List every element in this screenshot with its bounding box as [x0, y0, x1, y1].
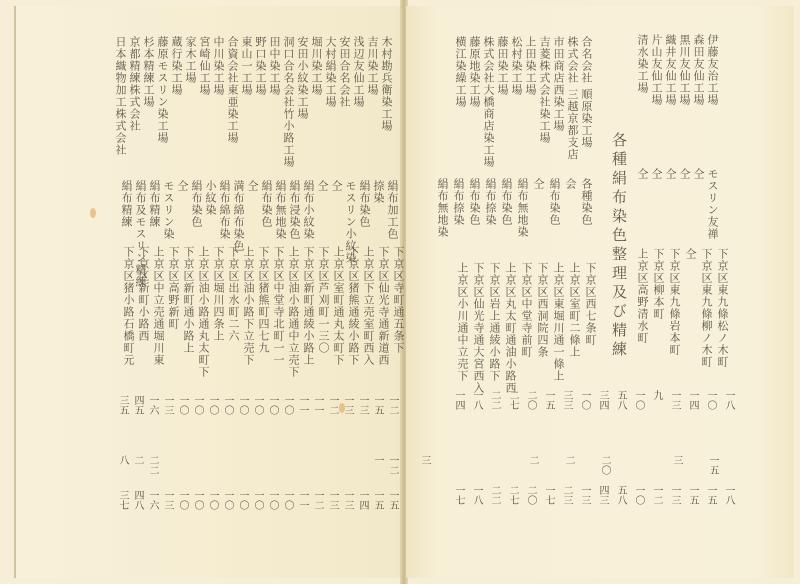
- count-row-3: 一三: [668, 485, 681, 505]
- count-row-3: 一〇: [266, 490, 279, 510]
- count-row-3: 二二: [488, 485, 501, 505]
- count-row-1: 二〇: [524, 390, 537, 410]
- count-row-3: 二七: [506, 485, 519, 505]
- factory-name: 森田友仙工場: [692, 34, 705, 106]
- business-type: 絹布浸染色: [288, 180, 301, 240]
- count-row-2: 二二: [146, 455, 159, 475]
- address: 仝: [684, 248, 697, 260]
- count-row-3: 一二: [311, 490, 324, 510]
- count-row-1: 一〇: [632, 390, 645, 410]
- address: 下京区岩上通綾小路下: [488, 262, 501, 382]
- count-row-3: 一四: [356, 490, 369, 510]
- count-row-3: 一〇: [221, 490, 234, 510]
- count-row-2: 一二: [386, 455, 399, 475]
- business-type: 絹布染色: [260, 180, 273, 228]
- business-type: 仝: [532, 178, 545, 190]
- factory-name: 安田小紋染工場: [296, 36, 309, 120]
- count-row-1: 一〇: [221, 395, 234, 415]
- address: 上京区丸太町通油小路西: [504, 262, 517, 394]
- factory-name: 藤田染工場: [496, 36, 509, 96]
- address: 下京区新町通綾小路上: [302, 246, 315, 366]
- count-row-1: 二七: [506, 390, 519, 410]
- count-row-1: 一一: [311, 395, 324, 415]
- business-type: 捺染: [372, 180, 385, 204]
- address: 上京区室町二條上: [568, 262, 581, 358]
- count-row-2: 二〇: [598, 455, 611, 475]
- business-type: 仝: [316, 180, 329, 192]
- address: 下京区高野新町: [167, 246, 180, 330]
- count-row-1: 一三: [668, 390, 681, 410]
- count-row-1: 一二: [386, 395, 399, 415]
- business-type: 絹布小紋染: [302, 180, 315, 240]
- count-row-1: 一〇: [236, 395, 249, 415]
- count-row-1: 一〇: [191, 395, 204, 415]
- business-type: 絹布無地染: [516, 178, 529, 238]
- count-row-3: 一一: [296, 490, 309, 510]
- paper-stain: [90, 208, 96, 218]
- business-type: 絹布染色: [190, 180, 203, 228]
- factory-name: 黒川友仙工場: [678, 34, 691, 106]
- count-row-1: 一五: [542, 390, 555, 410]
- address: 下京区東九條松ノ木町: [716, 248, 729, 368]
- address: 上京区室町通丸太町下: [332, 246, 345, 366]
- business-type: 仝: [678, 168, 691, 180]
- business-type: 各種染色: [580, 178, 593, 226]
- address: 上京区油小路通中立売下: [287, 246, 300, 378]
- address: 下京区堀川四条上: [212, 246, 225, 342]
- count-row-3: 二三: [560, 485, 573, 505]
- count-row-1: 一三: [341, 395, 354, 415]
- address: 上京区高野清水町: [636, 248, 649, 344]
- business-type: 絹布捺染: [484, 178, 497, 226]
- factory-name: 株式会社 三越京都支店: [566, 36, 579, 161]
- count-row-3: 四三: [596, 485, 609, 505]
- factory-name: 大村絹染工場: [324, 36, 337, 108]
- count-row-1: 一八: [722, 390, 735, 410]
- factory-name: 杉本精練工場: [142, 36, 155, 108]
- factory-name: 合資会社東亜染工場: [226, 36, 239, 144]
- address: 下京区猪熊町四七九: [257, 246, 270, 354]
- factory-name: 京都精練株式会社: [128, 36, 141, 132]
- factory-name: 吉菱株式会社染工場: [538, 36, 551, 144]
- count-row-1: 一〇: [578, 390, 591, 410]
- factory-name: 市田商店西染工場: [552, 36, 565, 132]
- factory-name: 東山一工場: [240, 36, 253, 96]
- address: 下京区寺町通五条下: [392, 246, 405, 354]
- count-row-3: 一〇: [176, 490, 189, 510]
- business-type: 仝: [330, 180, 343, 192]
- count-row-1: 五八: [614, 390, 627, 410]
- factory-name: 上田染工場: [524, 36, 537, 96]
- factory-name: 蔵行染工場: [170, 36, 183, 96]
- count-row-3: 一三: [578, 485, 591, 505]
- count-row-2: 二: [131, 455, 144, 465]
- business-type: 絹布染色: [548, 178, 561, 226]
- count-row-1: 一〇: [176, 395, 189, 415]
- address: 下京区柳本町: [652, 248, 665, 320]
- count-row-1: 一〇: [704, 390, 717, 410]
- count-row-1: 一三: [356, 395, 369, 415]
- count-row-2: 三: [418, 455, 431, 465]
- business-type: 絹布精練: [120, 180, 133, 228]
- count-row-1: 一一: [296, 395, 309, 415]
- address: 下京区出水町二六: [227, 246, 240, 342]
- count-row-1: 一二: [326, 395, 339, 415]
- count-row-3: 一二: [650, 485, 663, 505]
- count-row-1: 二二: [488, 390, 501, 410]
- count-row-1: 九: [650, 390, 663, 400]
- factory-name: 堀川染工場: [310, 36, 323, 96]
- factory-name: 宮崎仙工場: [198, 36, 211, 96]
- count-row-1: 一〇: [281, 395, 294, 415]
- business-type: 会: [564, 178, 577, 190]
- count-row-3: 一三: [326, 490, 339, 510]
- factory-name: 浅辺友仙工場: [352, 36, 365, 108]
- factory-name: 藤原地染工場: [468, 36, 481, 108]
- address: 上京区東堀川通一條上: [552, 262, 565, 382]
- address: 上京区中立売通堀川東: [152, 246, 165, 366]
- factory-name: 木村勘兵衛染工場: [380, 36, 393, 132]
- count-row-1: 三五: [116, 395, 129, 415]
- count-row-2: 八: [116, 455, 129, 465]
- business-type: 絹布精練: [148, 180, 161, 228]
- count-row-2: 一五: [706, 455, 719, 475]
- count-row-3: 一三: [161, 490, 174, 510]
- factory-name: 野口染工場: [254, 36, 267, 96]
- business-type: 仝: [176, 180, 189, 192]
- factory-name: 中川染工場: [212, 36, 225, 96]
- business-type: 仝: [246, 180, 259, 192]
- address: 下京区芦刈町一三〇: [317, 246, 330, 354]
- count-row-3: 一三: [341, 490, 354, 510]
- count-row-3: 一七: [452, 485, 465, 505]
- count-row-1: 四五: [131, 395, 144, 415]
- business-type: 仝: [692, 168, 705, 180]
- count-row-3: 一五: [704, 485, 717, 505]
- business-type: モスリン友禅: [706, 168, 719, 240]
- address: 上京区小川通中立売下: [456, 262, 469, 382]
- business-type: 仝: [650, 168, 663, 180]
- count-row-3: 二〇: [524, 485, 537, 505]
- factory-name: 株式会社大橋商店染工場: [482, 36, 495, 168]
- count-row-1: 一〇: [206, 395, 219, 415]
- business-type: 絹布綿布染: [218, 180, 231, 240]
- factory-name: 日本織物加工株式会社: [114, 36, 127, 156]
- count-row-3: 一五: [386, 490, 399, 510]
- business-type: 小紋染: [204, 180, 217, 216]
- address: 下京区東九條岩本町: [668, 248, 681, 356]
- count-row-1: 一〇: [251, 395, 264, 415]
- count-row-3: 一五: [371, 490, 384, 510]
- factory-name: 安田合名会社: [338, 36, 351, 108]
- document-title: 各種絹布染色整理及び精練: [612, 132, 625, 360]
- count-row-3: 一〇: [206, 490, 219, 510]
- count-row-3: 一七: [542, 485, 555, 505]
- business-type: 絹布加工色: [386, 180, 399, 240]
- count-row-3: 一〇: [281, 490, 294, 510]
- count-row-2: 三: [670, 455, 683, 465]
- count-row-3: 一六: [146, 490, 159, 510]
- address: 下京区仙光寺通新道西: [377, 246, 390, 366]
- count-row-3: 一八: [470, 485, 483, 505]
- factory-name: 横江染繰工場: [454, 36, 467, 108]
- count-row-3: 一〇: [191, 490, 204, 510]
- address: 上京区油小路下立売下: [242, 246, 255, 366]
- count-row-3: 一〇: [251, 490, 264, 510]
- count-row-1: 一八: [470, 390, 483, 410]
- address: 上京区油小路通丸太町下: [197, 246, 210, 378]
- factory-name: 合名会社 順原染工場: [580, 36, 593, 149]
- address: 上京区下立売室町西入: [362, 246, 375, 366]
- count-row-1: 三四: [596, 390, 609, 410]
- count-row-3: 一〇: [236, 490, 249, 510]
- count-row-1: 一四: [452, 390, 465, 410]
- address: 下京区中堂寺前町: [520, 262, 533, 358]
- address: 下京区新町小路西: [137, 246, 150, 342]
- address: 下京区猪小路石橋町元: [122, 246, 135, 366]
- address: 下京区東九條柳ノ木町: [700, 248, 713, 368]
- factory-name: 藤原モスリン染工場: [156, 36, 169, 144]
- count-row-3: 四八: [131, 490, 144, 510]
- factory-name: 清水染工場: [636, 34, 649, 94]
- business-type: 仝: [664, 168, 677, 180]
- count-row-1: 一三: [161, 395, 174, 415]
- count-row-3: 一〇: [632, 485, 645, 505]
- count-row-1: 一〇: [266, 395, 279, 415]
- count-row-1: 三三: [560, 390, 573, 410]
- count-row-1: 一六: [146, 395, 159, 415]
- count-row-2: 二: [562, 455, 575, 465]
- count-row-3: 一五: [686, 485, 699, 505]
- business-type: モスリン染: [162, 180, 175, 240]
- business-type: 絹布無地染: [436, 178, 449, 238]
- business-type: 仝: [636, 168, 649, 180]
- business-type: 絹布捺染: [452, 178, 465, 226]
- factory-name: 松村染工場: [510, 36, 523, 96]
- address: 下京区中堂寺北町一一: [272, 246, 285, 366]
- count-row-2: 一: [371, 455, 384, 465]
- factory-name: 家木工場: [184, 36, 197, 84]
- count-row-3: 三七: [116, 490, 129, 510]
- factory-name: 吉川染工場: [366, 36, 379, 96]
- factory-name: 片山友仙工場: [650, 34, 663, 106]
- address: 下京区猪熊通綾小路下: [347, 246, 360, 366]
- factory-name: 洞口合名会社竹小路工場: [282, 36, 295, 168]
- factory-name: 織井友仙工場: [664, 34, 677, 106]
- count-row-1: 一四: [686, 390, 699, 410]
- factory-name: 田中染工場: [268, 36, 281, 96]
- address: 下京区新町通小路上: [182, 246, 195, 354]
- count-row-3: 五八: [614, 485, 627, 505]
- business-type: 絹布染色: [468, 178, 481, 226]
- address: 下京区西洞院四条: [536, 262, 549, 358]
- business-type: 絹布無地染: [274, 180, 287, 240]
- business-type: 絹布染色: [358, 180, 371, 228]
- count-row-1: 一五: [371, 395, 384, 415]
- address: 下京区西七条町: [584, 262, 597, 346]
- address: 下京区仙光寺通大宮西入: [472, 262, 485, 394]
- factory-name: 伊藤友治工場: [706, 34, 719, 106]
- business-type: 絹布染色: [500, 178, 513, 226]
- count-row-2: 二: [526, 455, 539, 465]
- business-type: 満布綿布染色: [232, 180, 245, 252]
- count-row-3: 一八: [722, 485, 735, 505]
